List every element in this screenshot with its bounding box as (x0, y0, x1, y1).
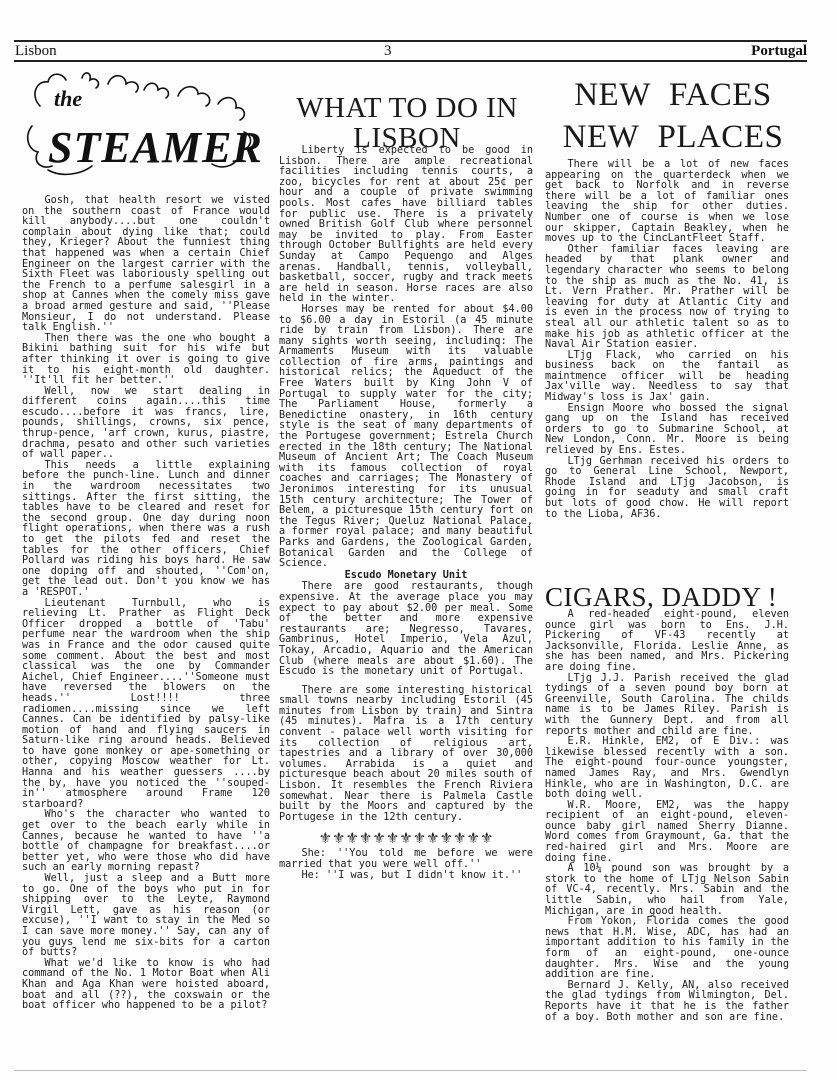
paragraph: This needs a little explaining before th… (22, 461, 270, 599)
lisbon-article-body: Liberty is expected to be good in Lisbon… (279, 146, 533, 881)
steamer-gossip-column: Gosh, that health resort we visted on th… (22, 196, 270, 1012)
headline-line: NEW FACES (548, 74, 798, 116)
steam-cloud-icon: the STEAMER (22, 66, 262, 182)
paragraph: Gosh, that health resort we visted on th… (22, 196, 270, 334)
faces-article-body: There will be a lot of new faces appeari… (545, 160, 789, 520)
joke-line: He: ''I was, but I didn't know it.'' (279, 871, 533, 882)
paragraph: There will be a lot of new faces appeari… (545, 160, 789, 245)
page-number: 3 (384, 43, 392, 60)
cigars-article-body: A red-headed eight-pound, eleven ounce g… (545, 610, 789, 1023)
paragraph: Horses may be rented for about $4.00 to … (279, 305, 533, 570)
paragraph: There are good restaurants, though expen… (279, 582, 533, 677)
svg-text:STEAMER: STEAMER (48, 123, 262, 172)
paragraph: LTjg Flack, who carried on his business … (545, 351, 789, 404)
paragraph: Then there was the one who bought a Biki… (22, 334, 270, 387)
paragraph: Ensign Moore who bossed the signal gang … (545, 404, 789, 457)
paragraph: W.R. Moore, EM2, was the happy recipient… (545, 801, 789, 865)
paragraph: What we'd like to know is who had comman… (22, 959, 270, 1012)
paragraph: From Yokon, Florida comes the good news … (545, 917, 789, 981)
header-rule-top (14, 40, 807, 42)
faces-article-headline: NEW FACES NEW PLACES (548, 74, 798, 158)
headline-line: NEW PLACES (548, 116, 798, 158)
paragraph: There are some interesting historical sm… (279, 686, 533, 824)
paragraph: Other familiar faces leaving are headed … (545, 245, 789, 351)
joke-line: She: ''You told me before we were marrie… (279, 849, 533, 870)
paragraph: Bernard J. Kelly, AN, also received the … (545, 981, 789, 1023)
cigars-article-headline: CIGARS, DADDY ! (545, 582, 795, 612)
paragraph: A red-headed eight-pound, eleven ounce g… (545, 610, 789, 674)
svg-text:the: the (54, 86, 82, 111)
paragraph: LTjg Gerhman received his orders to go t… (545, 457, 789, 521)
header-rule-bottom (14, 60, 807, 62)
newspaper-page: Lisbon 3 Portugal the STEAMER Gosh, that… (0, 0, 837, 1080)
paragraph: Well, just a sleep and a Butt more to go… (22, 874, 270, 959)
steamer-masthead-logo: the STEAMER (22, 66, 262, 182)
header-country: Portugal (751, 43, 807, 60)
paragraph: Who's the character who wanted to get ov… (22, 810, 270, 874)
paragraph: LTjg J.J. Parish received the glad tydin… (545, 674, 789, 738)
article-subhead: Escudo Monetary Unit (279, 571, 533, 582)
paragraph: Lieutenant Turnbull, who is relieving Lt… (22, 599, 270, 811)
paragraph: Well, now we start dealing in different … (22, 387, 270, 461)
paragraph: E.R. Hinkle, EM2, of E Div.: was likewis… (545, 737, 789, 801)
header-location: Lisbon (15, 43, 57, 60)
fleur-de-lis-divider-icon: ⚜⚜⚜⚜⚜⚜⚜⚜⚜⚜⚜⚜⚜ (279, 829, 533, 847)
footer-rule (14, 1070, 807, 1071)
paragraph: A 10¼ pound son was brought by a stork t… (545, 864, 789, 917)
paragraph: Liberty is expected to be good in Lisbon… (279, 146, 533, 305)
